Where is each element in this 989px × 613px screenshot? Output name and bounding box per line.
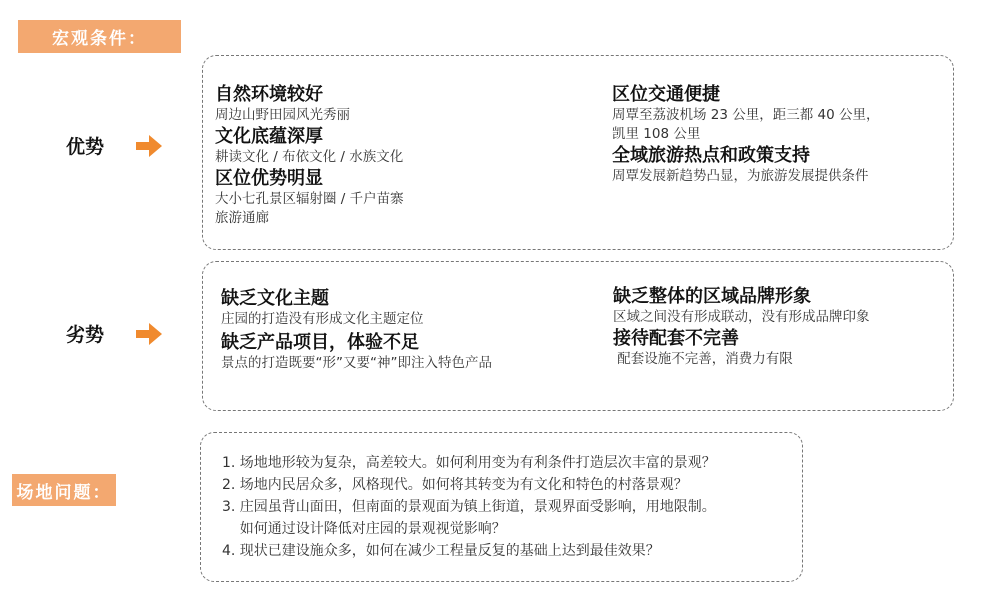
strength-desc: 周覃至荔波机场 23 公里，距三都 40 公里，: [612, 106, 880, 125]
weakness-desc: 庄园的打造没有形成文化主题定位: [221, 310, 492, 329]
weaknesses-box: 缺乏文化主题 庄园的打造没有形成文化主题定位 缺乏产品项目，体验不足 景点的打造…: [202, 261, 954, 411]
arrow-right-icon: [136, 323, 162, 345]
macro-conditions-label: 宏观条件：: [52, 24, 147, 49]
strength-desc: 周覃发展新趋势凸显，为旅游发展提供条件: [612, 167, 880, 186]
strength-desc: 大小七孔景区辐射圈 / 千户苗寨: [215, 190, 404, 209]
strengths-left-column: 自然环境较好 周边山野田园风光秀丽 文化底蕴深厚 耕读文化 / 布依文化 / 水…: [215, 83, 404, 228]
issue-item: 2. 场地内民居众多，风格现代。如何将其转变为有文化和特色的村落景观？: [222, 474, 716, 496]
weaknesses-right-column: 缺乏整体的区域品牌形象 区域之间没有形成联动，没有形成品牌印象 接待配套不完善 …: [613, 285, 870, 369]
weakness-desc: 景点的打造既要“形”又要“神”即注入特色产品: [221, 354, 492, 373]
strengths-label: 优势: [66, 132, 104, 159]
site-issues-tag: 场地问题：: [12, 474, 116, 506]
strength-title: 区位优势明显: [215, 167, 404, 190]
strengths-box: 自然环境较好 周边山野田园风光秀丽 文化底蕴深厚 耕读文化 / 布依文化 / 水…: [202, 55, 954, 250]
weaknesses-left-column: 缺乏文化主题 庄园的打造没有形成文化主题定位 缺乏产品项目，体验不足 景点的打造…: [221, 287, 492, 373]
site-issues-label: 场地问题：: [17, 478, 112, 503]
weakness-title: 接待配套不完善: [613, 327, 870, 350]
strength-title: 自然环境较好: [215, 83, 404, 106]
weakness-desc: 配套设施不完善，消费力有限: [613, 350, 870, 369]
strength-desc: 旅游通廊: [215, 209, 404, 228]
issue-item: 4. 现状已建设施众多，如何在减少工程量反复的基础上达到最佳效果？: [222, 540, 716, 562]
strengths-right-column: 区位交通便捷 周覃至荔波机场 23 公里，距三都 40 公里， 凯里 108 公…: [612, 83, 880, 186]
weaknesses-label: 劣势: [66, 320, 104, 347]
weakness-title: 缺乏文化主题: [221, 287, 492, 310]
strength-title: 全域旅游热点和政策支持: [612, 144, 880, 167]
issue-item: 如何通过设计降低对庄园的景观视觉影响？: [222, 518, 716, 540]
issue-item: 1. 场地地形较为复杂，高差较大。如何利用变为有利条件打造层次丰富的景观？: [222, 452, 716, 474]
strength-title: 区位交通便捷: [612, 83, 880, 106]
strength-desc: 凯里 108 公里: [612, 125, 880, 144]
site-issues-list: 1. 场地地形较为复杂，高差较大。如何利用变为有利条件打造层次丰富的景观？ 2.…: [222, 452, 716, 562]
weakness-desc: 区域之间没有形成联动，没有形成品牌印象: [613, 308, 870, 327]
weakness-title: 缺乏产品项目，体验不足: [221, 331, 492, 354]
issue-item: 3. 庄园虽背山面田，但南面的景观面为镇上街道，景观界面受影响，用地限制。: [222, 496, 716, 518]
strength-desc: 耕读文化 / 布依文化 / 水族文化: [215, 148, 404, 167]
macro-conditions-tag: 宏观条件：: [18, 20, 181, 53]
strength-desc: 周边山野田园风光秀丽: [215, 106, 404, 125]
weakness-title: 缺乏整体的区域品牌形象: [613, 285, 870, 308]
arrow-right-icon: [136, 135, 162, 157]
strength-title: 文化底蕴深厚: [215, 125, 404, 148]
